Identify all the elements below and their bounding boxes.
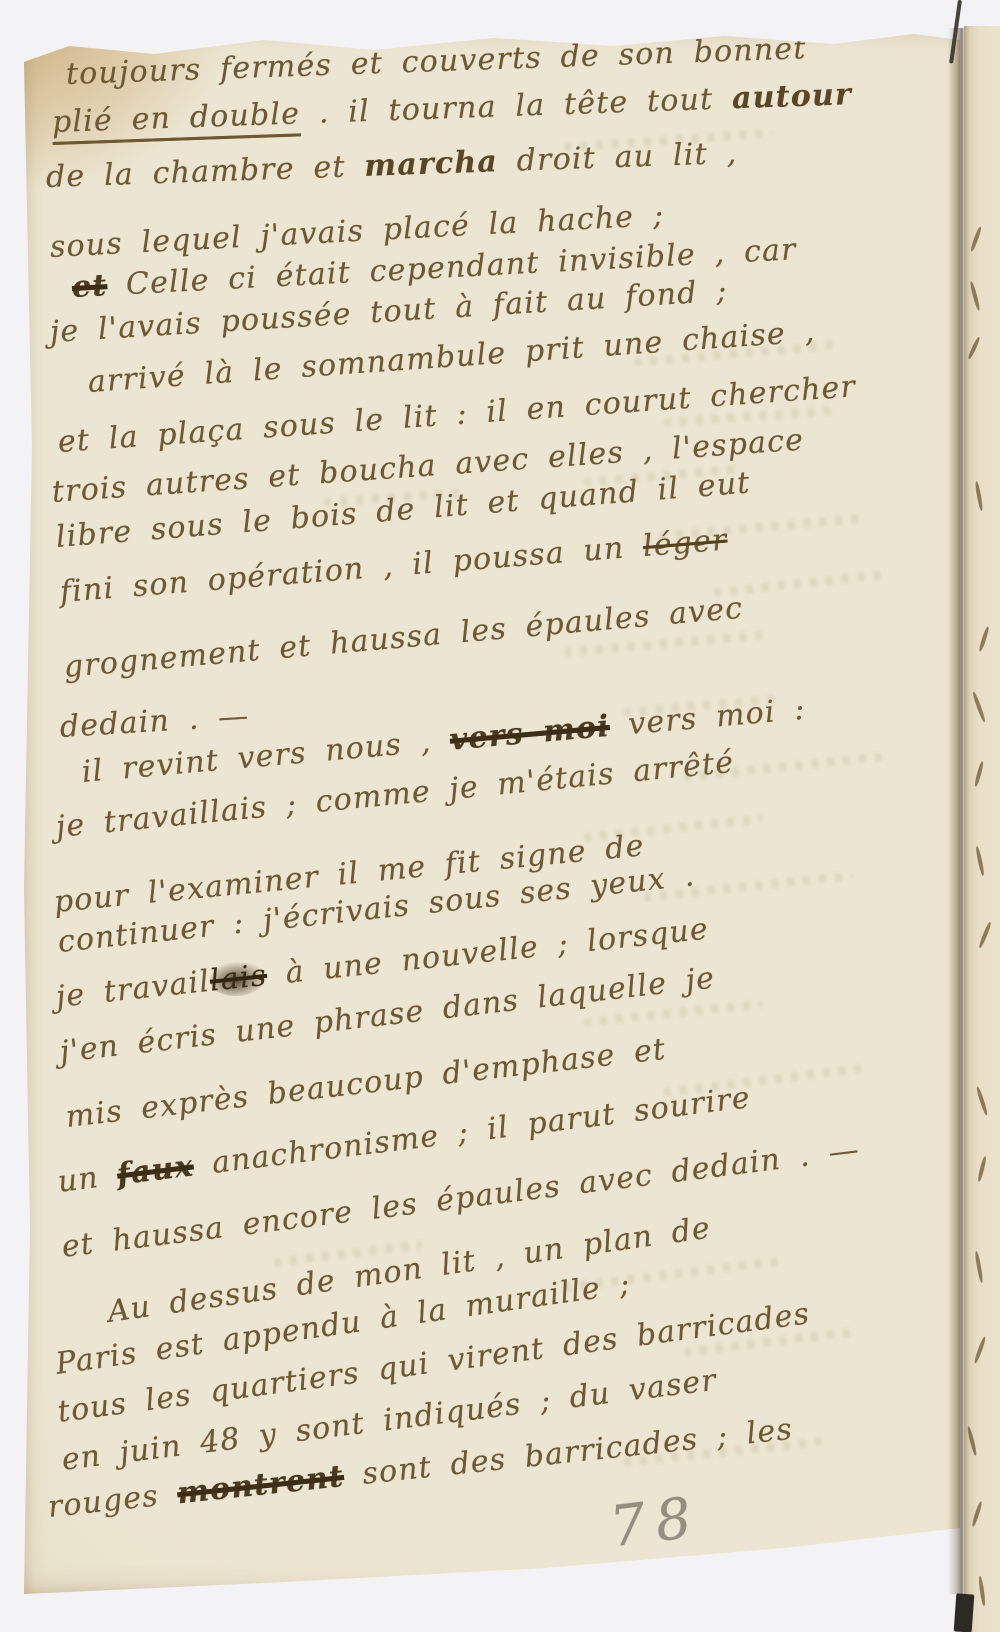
scanned-manuscript: toujours fermés et couverts de son bonne… xyxy=(0,0,1000,1632)
text-segment: dedain . — xyxy=(59,698,250,745)
ink-fragment xyxy=(967,336,981,359)
ink-fragment xyxy=(978,626,990,652)
binding-thread-bottom xyxy=(954,1593,975,1632)
binding-gap xyxy=(948,28,964,1594)
text-segment: droit au lit , xyxy=(497,136,737,179)
manuscript-line: dedain . — xyxy=(59,701,250,743)
text-segment-struck-heavy: faux xyxy=(115,1148,196,1192)
text-segment-overwritten: marcha xyxy=(364,144,499,184)
manuscript-page: toujours fermés et couverts de son bonne… xyxy=(24,28,960,1594)
ink-fragment xyxy=(970,226,983,252)
ink-fragment xyxy=(971,1501,983,1527)
text-segment: je travail xyxy=(54,964,212,1015)
ink-fragment xyxy=(974,481,983,511)
ink-fragment xyxy=(974,1251,983,1283)
text-segment-overwritten: autour xyxy=(731,77,852,116)
manuscript-line: grognement et haussa les épaules avec xyxy=(63,594,745,683)
text-segment-struck: léger xyxy=(642,523,729,565)
ink-fragment xyxy=(966,1426,977,1456)
text-segment: de la chambre et xyxy=(45,149,365,195)
ink-fragment xyxy=(969,281,981,311)
ink-fragment xyxy=(974,761,985,787)
ink-fragment xyxy=(977,1156,987,1182)
text-segment-struck-heavy: et xyxy=(71,268,108,305)
text-segment-struck-heavy: vers moi xyxy=(448,709,611,758)
manuscript-line: plié en double . il tourna la tête tout … xyxy=(51,80,852,138)
text-segment-struck-heavy: montrent xyxy=(175,1459,345,1511)
text-segment: . il tourna la tête tout xyxy=(299,81,732,131)
text-segment: un xyxy=(56,1158,120,1200)
ink-fragment xyxy=(978,1576,986,1606)
adjacent-page-edge xyxy=(964,26,1000,1632)
ink-fragment xyxy=(975,1086,988,1116)
ink-fragment xyxy=(972,691,987,722)
ink-fragment xyxy=(978,921,992,948)
text-segment-underline: plié en double xyxy=(51,96,300,140)
text-segment: rouges xyxy=(46,1477,179,1525)
ink-fragment xyxy=(975,846,985,876)
text-segment-blotted: lais xyxy=(208,958,269,999)
text-segment: grognement et haussa les épaules avec xyxy=(62,591,744,685)
page-number-pencil: 78 xyxy=(606,1485,705,1561)
text-segment: vers moi : xyxy=(608,692,807,744)
manuscript-line: de la chambre et marcha droit au lit , xyxy=(45,139,737,193)
ink-fragment xyxy=(973,1336,986,1364)
